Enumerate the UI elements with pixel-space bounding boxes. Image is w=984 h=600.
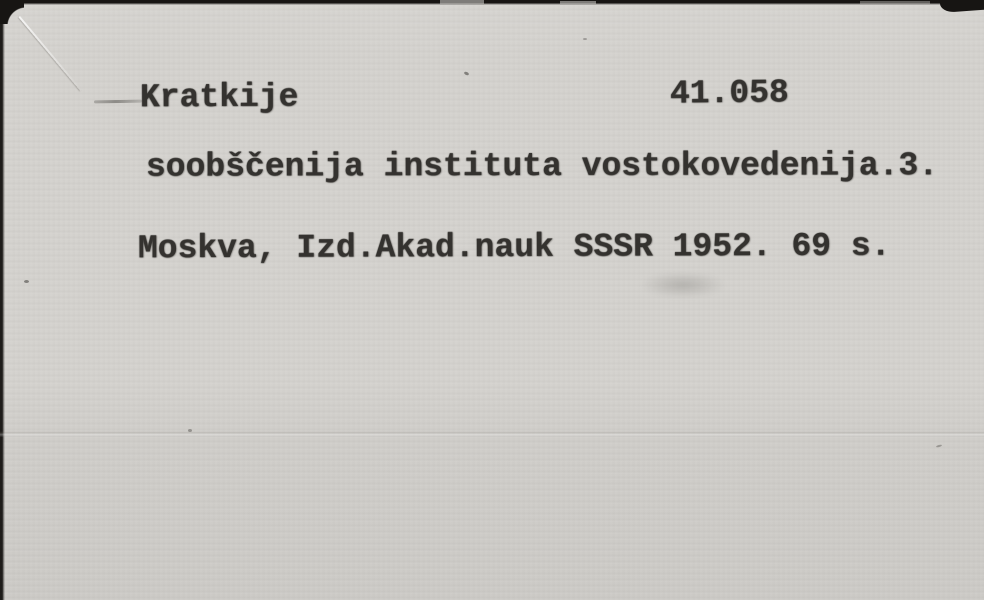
top-scan-edge — [10, 0, 984, 5]
paper-speck — [464, 71, 470, 76]
top-edge-gap — [860, 1, 930, 4]
top-edge-gap — [560, 1, 596, 4]
diagonal-crease — [18, 16, 81, 91]
call-number: 41.058 — [670, 73, 789, 114]
title-line-1: Kratkije — [140, 78, 299, 119]
title-line-2: soobščenija instituta vostokovedenija.3. — [146, 146, 938, 187]
horizontal-crease — [0, 431, 984, 437]
pencil-dash-mark — [94, 100, 142, 104]
ink-smudge — [640, 272, 726, 298]
paper-speck — [936, 444, 942, 447]
paper-speck — [583, 38, 587, 40]
left-scan-edge — [0, 0, 5, 600]
catalog-card: Kratkije 41.058 soobščenija instituta vo… — [0, 0, 984, 600]
paper-speck — [24, 280, 29, 283]
imprint-line: Moskva, Izd.Akad.nauk SSSR 1952. 69 s. — [138, 227, 891, 270]
paper-speck — [188, 429, 192, 432]
top-right-corner-shadow — [940, 0, 984, 13]
top-edge-gap — [440, 0, 484, 4]
